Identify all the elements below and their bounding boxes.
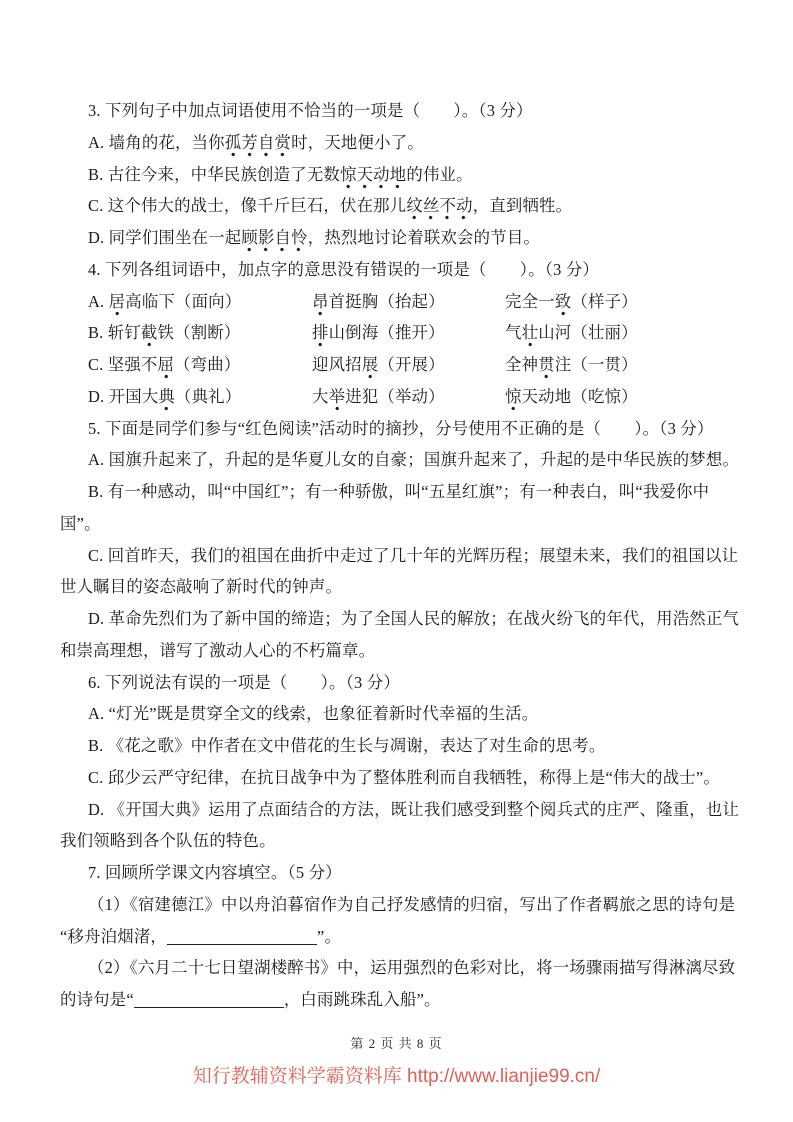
q4-row-b: B. 斩钉截铁（割断）排山倒海（推开）气壮山河（壮丽） (60, 317, 735, 349)
q6-option-d: D. 《开国大典》运用了点面结合的方法，既让我们感受到整个阅兵式的庄严、隆重，也… (60, 794, 735, 826)
q6-option-c: C. 邱少云严守纪律，在抗日战争中为了整体胜利而自我牺牲，称得上是“伟大的战士”… (60, 762, 735, 794)
emphasized-text: 惊 (505, 387, 522, 411)
text-run: C. 坚强不 (88, 355, 158, 374)
q6-option-a: A. “灯光”既是贯穿全文的线索，也象征着新时代幸福的生活。 (60, 698, 735, 730)
text-run: 和崇高理想，谱写了激动人心的不朽篇章。 (60, 641, 375, 660)
text-run: B. 有一种感动，叫“中国红”；有一种骄傲，叫“五星红旗”；有一种表白，叫“我爱… (88, 482, 709, 501)
text-run: 铁（割断） (158, 323, 241, 342)
text-run: 全神 (505, 355, 538, 374)
text-run: ，白雨跳珠乱入船”。 (284, 990, 441, 1009)
q6-stem: 6. 下列说法有误的一项是（ ）。（3 分） (60, 667, 735, 699)
site-watermark-link[interactable]: 知行教辅资料学霸资料库 http://www.lianjie99.cn/ (0, 1061, 793, 1088)
q3-option-d: D. 同学们围坐在一起顾影自怜，热烈地讨论着联欢会的节目。 (60, 222, 735, 254)
emphasized-text: 顾影自怜 (241, 228, 307, 252)
emphasized-text: 纹丝不动 (406, 196, 472, 220)
emphasized-text: 孤芳自赏 (225, 133, 291, 157)
q4-row-d: D. 开国大典（典礼）大举进犯（举动）惊天动地（吃惊） (60, 381, 735, 413)
text-run: D. 革命先烈们为了新中国的缔造；为了全国人民的解放；在战火纷飞的年代，用浩然正… (88, 609, 739, 628)
text-run: 注（一贯） (555, 355, 638, 374)
word-group-cell: 全神贯注（一贯） (505, 349, 735, 381)
q5-option-c: C. 回首昨天，我们的祖国在曲折中走过了几十年的光辉历程；展望未来，我们的祖国以… (60, 540, 735, 572)
word-group-cell: 惊天动地（吃惊） (505, 381, 735, 413)
text-run: 3. 下列句子中加点词语使用不恰当的一项是（ ）。（3 分） (88, 101, 533, 120)
text-run: （样子） (571, 292, 637, 311)
q4-row-c: C. 坚强不屈（弯曲）迎风招展（开展）全神贯注（一贯） (60, 349, 735, 381)
text-run: 国”。 (60, 514, 101, 533)
text-run: C. 回首昨天，我们的祖国在曲折中走过了几十年的光辉历程；展望未来，我们的祖国以… (88, 546, 738, 565)
emphasized-text: 展 (362, 355, 379, 379)
text-run: 5. 下面是同学们参与“红色阅读”活动时的摘抄，分号使用不正确的是（ ）。（3 … (88, 419, 714, 438)
word-group-cell: D. 开国大典（典礼） (88, 381, 312, 413)
text-run: A. 国旗升起来了，升起的是华夏儿女的自豪；国旗升起来了，升起的是中华民族的梦想… (88, 450, 739, 469)
q5-option-a: A. 国旗升起来了，升起的是华夏儿女的自豪；国旗升起来了，升起的是中华民族的梦想… (60, 444, 735, 476)
q4-stem: 4. 下列各组词语中，加点字的意思没有错误的一项是（ ）。（3 分） (60, 254, 735, 286)
q5-option-d: D. 革命先烈们为了新中国的缔造；为了全国人民的解放；在战火纷飞的年代，用浩然正… (60, 603, 735, 635)
text-run: 大 (312, 387, 329, 406)
emphasized-text: 屈 (158, 355, 175, 379)
text-run: 4. 下列各组词语中，加点字的意思没有错误的一项是（ ）。（3 分） (88, 260, 599, 279)
text-run: （2）《六月二十七日望湖楼醉书》中，运用强烈的色彩对比，将一场骤雨描写得淋漓尽致 (88, 958, 735, 977)
word-group-cell: C. 坚强不屈（弯曲） (88, 349, 312, 381)
q4-row-a: A. 居高临下（面向）昂首挺胸（抬起）完全一致（样子） (60, 286, 735, 318)
text-run: A. “灯光”既是贯穿全文的线索，也象征着新时代幸福的生活。 (88, 704, 538, 723)
emphasized-text: 举 (329, 387, 346, 411)
text-run: D. 《开国大典》运用了点面结合的方法，既让我们感受到整个阅兵式的庄严、隆重，也… (88, 800, 739, 819)
emphasized-text: 居 (109, 292, 126, 316)
text-run: “移舟泊烟渚， (60, 927, 167, 946)
text-run: （典礼） (175, 387, 241, 406)
text-run: ，热烈地讨论着联欢会的节目。 (308, 228, 540, 247)
q7-item-2: （2）《六月二十七日望湖楼醉书》中，运用强烈的色彩对比，将一场骤雨描写得淋漓尽致 (60, 952, 735, 984)
emphasized-text: 截 (141, 323, 158, 347)
q5-option-d-cont: 和崇高理想，谱写了激动人心的不朽篇章。 (60, 635, 735, 667)
word-group-cell: 昂首挺胸（抬起） (312, 286, 505, 318)
text-run: （弯曲） (174, 355, 240, 374)
text-run: ”。 (317, 927, 341, 946)
q7-item-1-cont: “移舟泊烟渚，”。 (60, 921, 735, 953)
word-group-cell: 完全一致（样子） (505, 286, 735, 318)
text-run: B. 《花之歌》中作者在文中借花的生长与凋谢，表达了对生命的思考。 (88, 736, 605, 755)
q3-option-b: B. 古往今来，中华民族创造了无数惊天动地的伟业。 (60, 159, 735, 191)
q3-option-a: A. 墙角的花，当你孤芳自赏时，天地便小了。 (60, 127, 735, 159)
emphasized-text: 壮 (522, 323, 539, 347)
text-run: 的伟业。 (406, 165, 472, 184)
text-run: 时，天地便小了。 (291, 133, 424, 152)
text-run: B. 斩钉 (88, 323, 141, 342)
text-run: 首挺胸（抬起） (329, 292, 445, 311)
text-run: C. 这个伟大的战士，像千斤巨石，伏在那儿 (88, 196, 406, 215)
text-run: 世人瞩目的姿态敲响了新时代的钟声。 (60, 577, 342, 596)
q5-option-c-cont: 世人瞩目的姿态敲响了新时代的钟声。 (60, 571, 735, 603)
text-run: 山倒海（推开） (329, 323, 445, 342)
q5-option-b: B. 有一种感动，叫“中国红”；有一种骄傲，叫“五星红旗”；有一种表白，叫“我爱… (60, 476, 735, 508)
word-group-cell: 气壮山河（壮丽） (505, 317, 735, 349)
word-group-cell: 大举进犯（举动） (312, 381, 505, 413)
emphasized-text: 致 (555, 292, 572, 316)
emphasized-text: 贯 (538, 355, 555, 379)
q3-option-c: C. 这个伟大的战士，像千斤巨石，伏在那儿纹丝不动，直到牺牲。 (60, 190, 735, 222)
text-run: D. 同学们围坐在一起 (88, 228, 241, 247)
q6-option-d-cont: 我们领略到各个队伍的特色。 (60, 825, 735, 857)
text-run: 山河（壮丽） (538, 323, 638, 342)
text-run: 6. 下列说法有误的一项是（ ）。（3 分） (88, 673, 400, 692)
q3-stem: 3. 下列句子中加点词语使用不恰当的一项是（ ）。（3 分） (60, 95, 735, 127)
answer-blank (167, 927, 317, 944)
q6-option-b: B. 《花之歌》中作者在文中借花的生长与凋谢，表达了对生命的思考。 (60, 730, 735, 762)
word-group-cell: A. 居高临下（面向） (88, 286, 312, 318)
text-run: 我们领略到各个队伍的特色。 (60, 831, 276, 850)
q7-item-1: （1）《宿建德江》中以舟泊暮宿作为自己抒发感情的归宿，写出了作者羁旅之思的诗句是 (60, 889, 735, 921)
q5-option-b-cont: 国”。 (60, 508, 735, 540)
text-run: 完全一 (505, 292, 555, 311)
text-run: 进犯（举动） (345, 387, 445, 406)
emphasized-text: 排 (312, 323, 329, 347)
text-run: 天动地（吃惊） (522, 387, 638, 406)
text-run: B. 古往今来，中华民族创造了无数 (88, 165, 340, 184)
text-run: A. (88, 292, 109, 311)
text-run: D. 开国大 (88, 387, 158, 406)
emphasized-text: 惊天动地 (340, 165, 406, 189)
emphasized-text: 典 (158, 387, 175, 411)
exam-body: 3. 下列句子中加点词语使用不恰当的一项是（ ）。（3 分）A. 墙角的花，当你… (0, 0, 793, 1016)
text-run: 高临下（面向） (125, 292, 241, 311)
text-run: （1）《宿建德江》中以舟泊暮宿作为自己抒发感情的归宿，写出了作者羁旅之思的诗句是 (88, 895, 735, 914)
q7-stem: 7. 回顾所学课文内容填空。（5 分） (60, 857, 735, 889)
q5-stem: 5. 下面是同学们参与“红色阅读”活动时的摘抄，分号使用不正确的是（ ）。（3 … (60, 413, 735, 445)
q7-item-2-cont: 的诗句是“，白雨跳珠乱入船”。 (60, 984, 735, 1016)
text-run: 7. 回顾所学课文内容填空。（5 分） (88, 863, 342, 882)
text-run: 迎风招 (312, 355, 362, 374)
word-group-cell: 排山倒海（推开） (312, 317, 505, 349)
word-group-cell: B. 斩钉截铁（割断） (88, 317, 312, 349)
emphasized-text: 昂 (312, 292, 329, 316)
answer-blank (134, 991, 284, 1008)
text-run: 的诗句是“ (60, 990, 134, 1009)
page-number-indicator: 第 2 页 共 8 页 (0, 1033, 793, 1052)
document-page: 3. 下列句子中加点词语使用不恰当的一项是（ ）。（3 分）A. 墙角的花，当你… (0, 0, 793, 1122)
text-run: 气 (505, 323, 522, 342)
text-run: （开展） (378, 355, 444, 374)
text-run: C. 邱少云严守纪律，在抗日战争中为了整体胜利而自我牺牲，称得上是“伟大的战士”… (88, 768, 720, 787)
text-run: ，直到牺牲。 (473, 196, 573, 215)
text-run: A. 墙角的花，当你 (88, 133, 225, 152)
word-group-cell: 迎风招展（开展） (312, 349, 505, 381)
